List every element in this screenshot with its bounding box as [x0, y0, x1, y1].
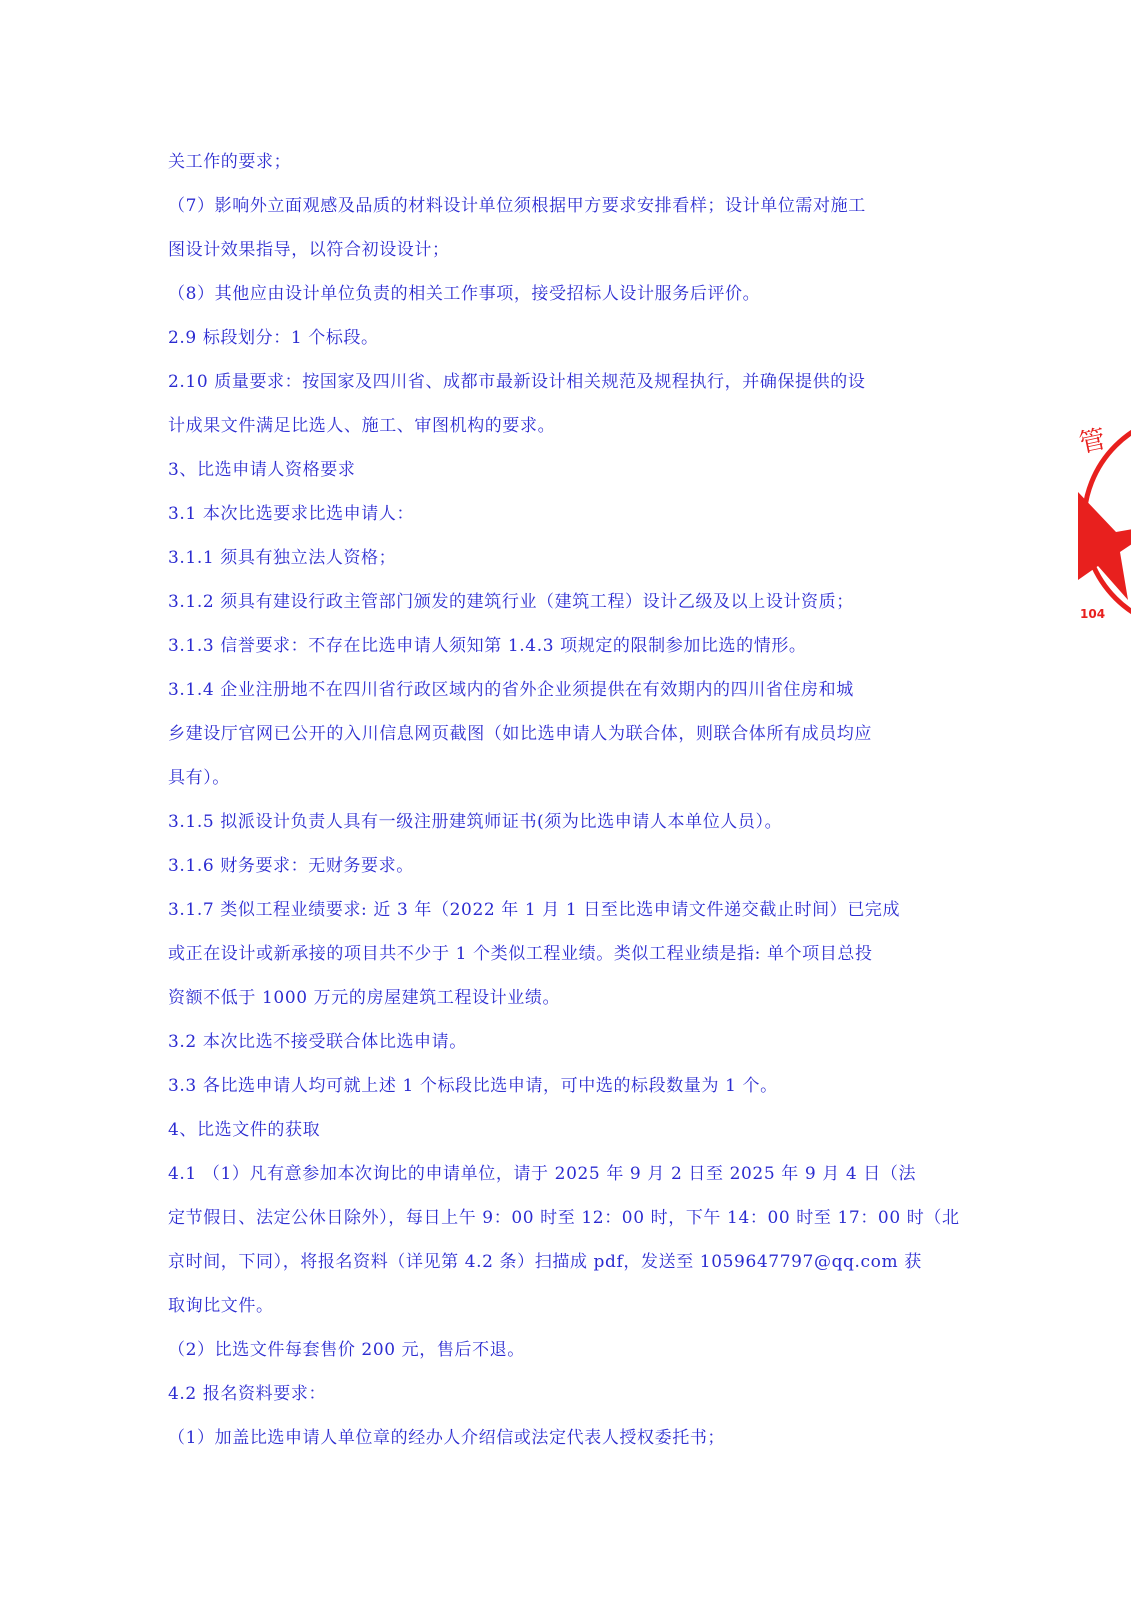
red-seal-stamp: 管 104: [1076, 404, 1131, 636]
text-line: 计成果文件满足比选人、施工、审图机构的要求。: [168, 404, 944, 448]
text-line: 定节假日、法定公休日除外），每日上午 9：00 时至 12：00 时，下午 14…: [168, 1196, 944, 1240]
text-line: 图设计效果指导，以符合初设设计；: [168, 228, 944, 272]
document-page: 关工作的要求； （7）影响外立面观感及品质的材料设计单位须根据甲方要求安排看样；…: [0, 0, 1131, 1600]
text-line: 3.1.5 拟派设计负责人具有一级注册建筑师证书(须为比选申请人本单位人员）。: [168, 800, 944, 844]
text-line: 3.3 各比选申请人均可就上述 1 个标段比选申请，可中选的标段数量为 1 个。: [168, 1064, 944, 1108]
svg-text:104: 104: [1080, 607, 1105, 621]
text-line: 3.1.2 须具有建设行政主管部门颁发的建筑行业（建筑工程）设计乙级及以上设计资…: [168, 580, 944, 624]
text-line: 4.2 报名资料要求：: [168, 1372, 944, 1416]
svg-text:管: 管: [1077, 424, 1109, 459]
text-line: 3.1.3 信誉要求：不存在比选申请人须知第 1.4.3 项规定的限制参加比选的…: [168, 624, 944, 668]
text-line: 3.1 本次比选要求比选申请人：: [168, 492, 944, 536]
text-line: 或正在设计或新承接的项目共不少于 1 个类似工程业绩。类似工程业绩是指: 单个项…: [168, 932, 944, 976]
text-line: 资额不低于 1000 万元的房屋建筑工程设计业绩。: [168, 976, 944, 1020]
seal-icon: 管 104: [1076, 404, 1131, 636]
text-line: 4.1 （1）凡有意参加本次询比的申请单位，请于 2025 年 9 月 2 日至…: [168, 1152, 944, 1196]
text-line: 3.1.4 企业注册地不在四川省行政区域内的省外企业须提供在有效期内的四川省住房…: [168, 668, 944, 712]
document-body: 关工作的要求； （7）影响外立面观感及品质的材料设计单位须根据甲方要求安排看样；…: [168, 140, 944, 1460]
text-line: 3.2 本次比选不接受联合体比选申请。: [168, 1020, 944, 1064]
text-line: 3.1.6 财务要求：无财务要求。: [168, 844, 944, 888]
text-line: 关工作的要求；: [168, 140, 944, 184]
text-line: 2.10 质量要求：按国家及四川省、成都市最新设计相关规范及规程执行，并确保提供…: [168, 360, 944, 404]
section-heading: 4、比选文件的获取: [168, 1108, 944, 1152]
text-line: 取询比文件。: [168, 1284, 944, 1328]
text-line: 乡建设厅官网已公开的入川信息网页截图（如比选申请人为联合体，则联合体所有成员均应: [168, 712, 944, 756]
text-line: 2.9 标段划分：1 个标段。: [168, 316, 944, 360]
text-line: 3.1.1 须具有独立法人资格；: [168, 536, 944, 580]
text-line: （7）影响外立面观感及品质的材料设计单位须根据甲方要求安排看样；设计单位需对施工: [168, 184, 944, 228]
text-line: 3.1.7 类似工程业绩要求: 近 3 年（2022 年 1 月 1 日至比选申…: [168, 888, 944, 932]
text-line: （8）其他应由设计单位负责的相关工作事项，接受招标人设计服务后评价。: [168, 272, 944, 316]
text-line: 京时间，下同），将报名资料（详见第 4.2 条）扫描成 pdf，发送至 1059…: [168, 1240, 944, 1284]
section-heading: 3、比选申请人资格要求: [168, 448, 944, 492]
text-line: 具有）。: [168, 756, 944, 800]
text-line: （2）比选文件每套售价 200 元，售后不退。: [168, 1328, 944, 1372]
text-line: （1）加盖比选申请人单位章的经办人介绍信或法定代表人授权委托书；: [168, 1416, 944, 1460]
